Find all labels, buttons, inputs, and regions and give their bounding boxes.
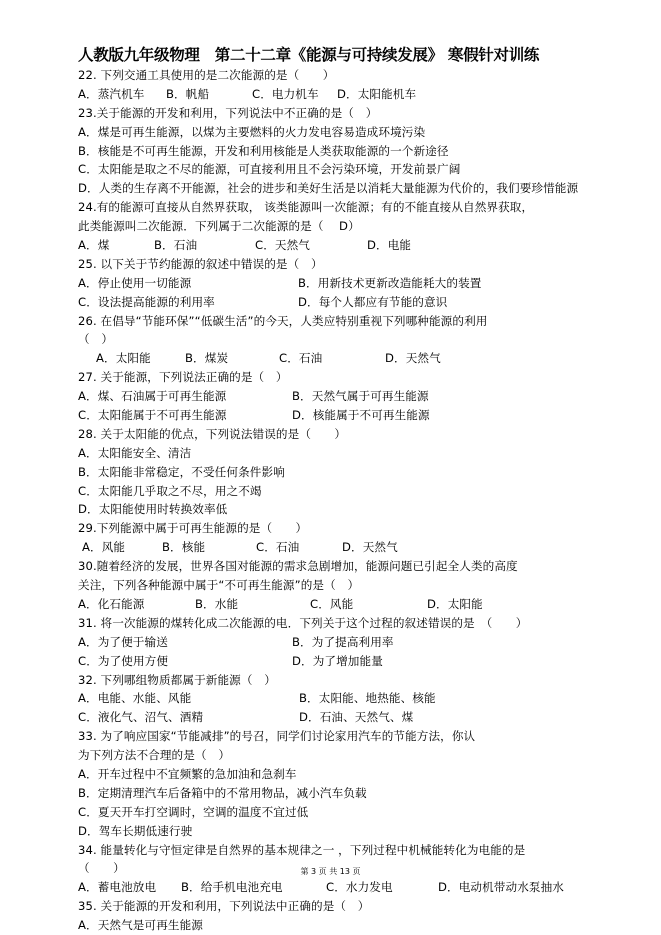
answer-option: C．为了使用方便: [78, 652, 292, 671]
option-row: A．煤、石油属于可再生能源B．天然气属于可再生能源: [78, 387, 598, 406]
answer-option: D．每个人都应有节能的意识: [298, 293, 447, 312]
text-line: 22. 下列交通工具使用的是二次能源的是（ ）: [78, 66, 598, 85]
answer-option: C．电力机车: [252, 85, 337, 104]
option-row: A．化石能源B．水能C．风能D．太阳能: [78, 595, 598, 614]
page-footer: 第 3 页 共 13 页: [0, 866, 661, 878]
text-line: 33. 为了响应国家“节能减排”的号召，同学们讨论家用汽车的节能方法，你认: [78, 727, 598, 746]
text-line: 31. 将一次能源的煤转化成二次能源的电．下列关于这个过程的叙述错误的是 （ ）: [78, 614, 598, 633]
text-line: A．天然气是可再生能源: [78, 916, 598, 935]
text-line: A．开车过程中不宜频繁的急加油和急刹车: [78, 765, 598, 784]
option-row: C．为了使用方便D．为了增加能量: [78, 652, 598, 671]
text-line: B．定期清理汽车后备箱中的不常用物品，减小汽车负载: [78, 784, 598, 803]
answer-option: A．电能、水能、风能: [78, 689, 299, 708]
text-line: C．太阳能是取之不尽的能源，可直接利用且不会污染环境，开发前景广阔: [78, 160, 598, 179]
text-line: 此类能源叫二次能源．下列属于二次能源的是（ D）: [78, 217, 598, 236]
text-line: 30.随着经济的发展，世界各国对能源的需求急剧增加，能源问题已引起全人类的高度: [78, 557, 598, 576]
text-line: 23.关于能源的开发和利用，下列说法中不正确的是（ ）: [78, 104, 598, 123]
text-line: B．核能是不可再生能源，开发和利用核能是人类获取能源的一个新途径: [78, 142, 598, 161]
answer-option: A．煤: [78, 236, 154, 255]
answer-option: B．帆船: [166, 85, 252, 104]
text-line: C．夏天开车打空调时，空调的温度不宜过低: [78, 803, 598, 822]
text-line: D．太阳能使用时转换效率低: [78, 500, 598, 519]
question-list: 22. 下列交通工具使用的是二次能源的是（ ）A．蒸汽机车B．帆船C．电力机车D…: [78, 66, 598, 935]
answer-option: C．设法提高能源的利用率: [78, 293, 298, 312]
answer-option: A．煤、石油属于可再生能源: [78, 387, 292, 406]
text-line: 24.有的能源可直接从自然界获取， 该类能源叫一次能源；有的不能直接从自然界获取…: [78, 198, 598, 217]
answer-option: A．蒸汽机车: [78, 85, 166, 104]
option-row: A．蓄电池放电B．给手机电池充电C．水力发电D．电动机带动水泵抽水: [78, 878, 598, 897]
option-row: A．风能B．核能C．石油D．天然气: [78, 538, 598, 557]
answer-option: C．太阳能属于不可再生能源: [78, 406, 292, 425]
answer-option: D．电能: [367, 236, 411, 255]
answer-option: D．电动机带动水泵抽水: [438, 878, 564, 897]
answer-option: B．石油: [154, 236, 255, 255]
text-line: 29.下列能源中属于可再生能源的是（ ）: [78, 519, 598, 538]
text-line: （ ）: [78, 330, 598, 349]
text-line: 35. 关于能源的开发和利用，下列说法中正确的是（ ）: [78, 897, 598, 916]
answer-option: C．液化气、沼气、酒精: [78, 708, 299, 727]
document-page: 人教版九年级物理 第二十二章《能源与可持续发展》 寒假针对训练 22. 下列交通…: [78, 44, 598, 935]
option-row: A．电能、水能、风能B．太阳能、地热能、核能: [78, 689, 598, 708]
text-line: 34. 能量转化与守恒定律是自然界的基本规律之一 ，下列过程中机械能转化为电能的…: [78, 841, 598, 860]
option-row: A．停止使用一切能源B．用新技术更新改造能耗大的装置: [78, 274, 598, 293]
option-row: A．煤B．石油C．天然气D．电能: [78, 236, 598, 255]
option-row: A．为了便于输送B．为了提高利用率: [78, 633, 598, 652]
text-line: B．太阳能非常稳定，不受任何条件影响: [78, 463, 598, 482]
answer-option: B．给手机电池充电: [181, 878, 326, 897]
answer-option: C．石油: [279, 349, 385, 368]
answer-option: B．太阳能、地热能、核能: [299, 689, 436, 708]
text-line: 关注，下列各种能源中属于“不可再生能源”的是（ ）: [78, 576, 598, 595]
answer-option: D．石油、天然气、煤: [299, 708, 413, 727]
text-line: 32. 下列哪组物质都属于新能源（ ）: [78, 671, 598, 690]
answer-option: D．为了增加能量: [292, 652, 383, 671]
answer-option: C．水力发电: [326, 878, 438, 897]
text-line: 28. 关于太阳能的优点，下列说法错误的是（ ）: [78, 425, 598, 444]
option-row: A．蒸汽机车B．帆船C．电力机车D．太阳能机车: [78, 85, 598, 104]
text-line: D．驾车长期低速行驶: [78, 822, 598, 841]
answer-option: D．天然气: [385, 349, 441, 368]
text-line: A．煤是可再生能源，以煤为主要燃料的火力发电容易造成环境污染: [78, 123, 598, 142]
answer-option: D．天然气: [342, 538, 398, 557]
option-row: A．太阳能B．煤炭C．石油D．天然气: [78, 349, 598, 368]
answer-option: C．石油: [256, 538, 342, 557]
answer-option: B．用新技术更新改造能耗大的装置: [298, 274, 481, 293]
text-line: C．太阳能几乎取之不尽，用之不竭: [78, 482, 598, 501]
text-line: 为下列方法不合理的是（ ）: [78, 746, 598, 765]
answer-option: D．核能属于不可再生能源: [292, 406, 430, 425]
text-line: 27. 关于能源，下列说法正确的是（ ）: [78, 368, 598, 387]
answer-option: D．太阳能机车: [337, 85, 416, 104]
answer-option: B．天然气属于可再生能源: [292, 387, 429, 406]
answer-option: A．风能: [82, 538, 162, 557]
answer-option: A．太阳能: [96, 349, 185, 368]
answer-option: A．停止使用一切能源: [78, 274, 298, 293]
answer-option: A．化石能源: [78, 595, 195, 614]
page-title: 人教版九年级物理 第二十二章《能源与可持续发展》 寒假针对训练: [78, 44, 598, 66]
answer-option: C．天然气: [255, 236, 367, 255]
answer-option: A．为了便于输送: [78, 633, 292, 652]
text-line: 25. 以下关于节约能源的叙述中错误的是（ ）: [78, 255, 598, 274]
option-row: C．设法提高能源的利用率D．每个人都应有节能的意识: [78, 293, 598, 312]
option-row: C．液化气、沼气、酒精D．石油、天然气、煤: [78, 708, 598, 727]
answer-option: B．核能: [162, 538, 256, 557]
answer-option: D．太阳能: [427, 595, 483, 614]
answer-option: C．风能: [310, 595, 427, 614]
answer-option: B．水能: [195, 595, 310, 614]
answer-option: B．为了提高利用率: [292, 633, 394, 652]
text-line: D．人类的生存离不开能源，社会的进步和美好生活是以消耗大量能源为代价的，我们要珍…: [78, 179, 598, 198]
text-line: 26. 在倡导“节能环保”“低碳生活”的今天，人类应特别重视下列哪种能源的利用: [78, 312, 598, 331]
answer-option: B．煤炭: [185, 349, 279, 368]
option-row: C．太阳能属于不可再生能源D．核能属于不可再生能源: [78, 406, 598, 425]
answer-option: A．蓄电池放电: [78, 878, 181, 897]
text-line: A．太阳能安全、清洁: [78, 444, 598, 463]
